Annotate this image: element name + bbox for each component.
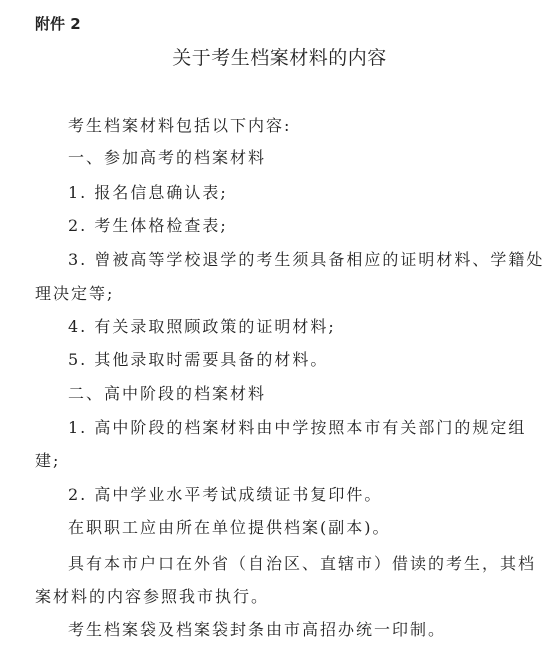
intro-paragraph: 考生档案材料包括以下内容: [68, 116, 291, 136]
paragraph: 考生档案袋及档案袋封条由市高招办统一印制。 [68, 620, 446, 640]
attachment-label: 附件 2 [35, 14, 81, 34]
paragraph: 在职职工应由所在单位提供档案(副本)。 [68, 518, 391, 538]
list-item-continuation: 建; [35, 451, 60, 471]
list-item: 3. 曾被高等学校退学的考生须具备相应的证明材料、学籍处 [68, 250, 544, 270]
list-item: 2. 考生体格检查表; [68, 216, 228, 236]
paragraph-continuation: 案材料的内容参照我市执行。 [35, 587, 269, 607]
list-item: 4. 有关录取照顾政策的证明材料; [68, 317, 336, 337]
section-heading-2: 二、高中阶段的档案材料 [68, 384, 266, 404]
document-title: 关于考生档案材料的内容 [0, 46, 559, 70]
paragraph: 具有本市户口在外省（自治区、直辖市）借读的考生，其档 [68, 554, 536, 574]
list-item: 1. 高中阶段的档案材料由中学按照本市有关部门的规定组 [68, 418, 526, 438]
list-item: 5. 其他录取时需要具备的材料。 [68, 350, 328, 370]
list-item: 1. 报名信息确认表; [68, 183, 228, 203]
list-item-continuation: 理决定等; [35, 284, 114, 304]
section-heading-1: 一、参加高考的档案材料 [68, 148, 266, 168]
list-item: 2. 高中学业水平考试成绩证书复印件。 [68, 485, 382, 505]
